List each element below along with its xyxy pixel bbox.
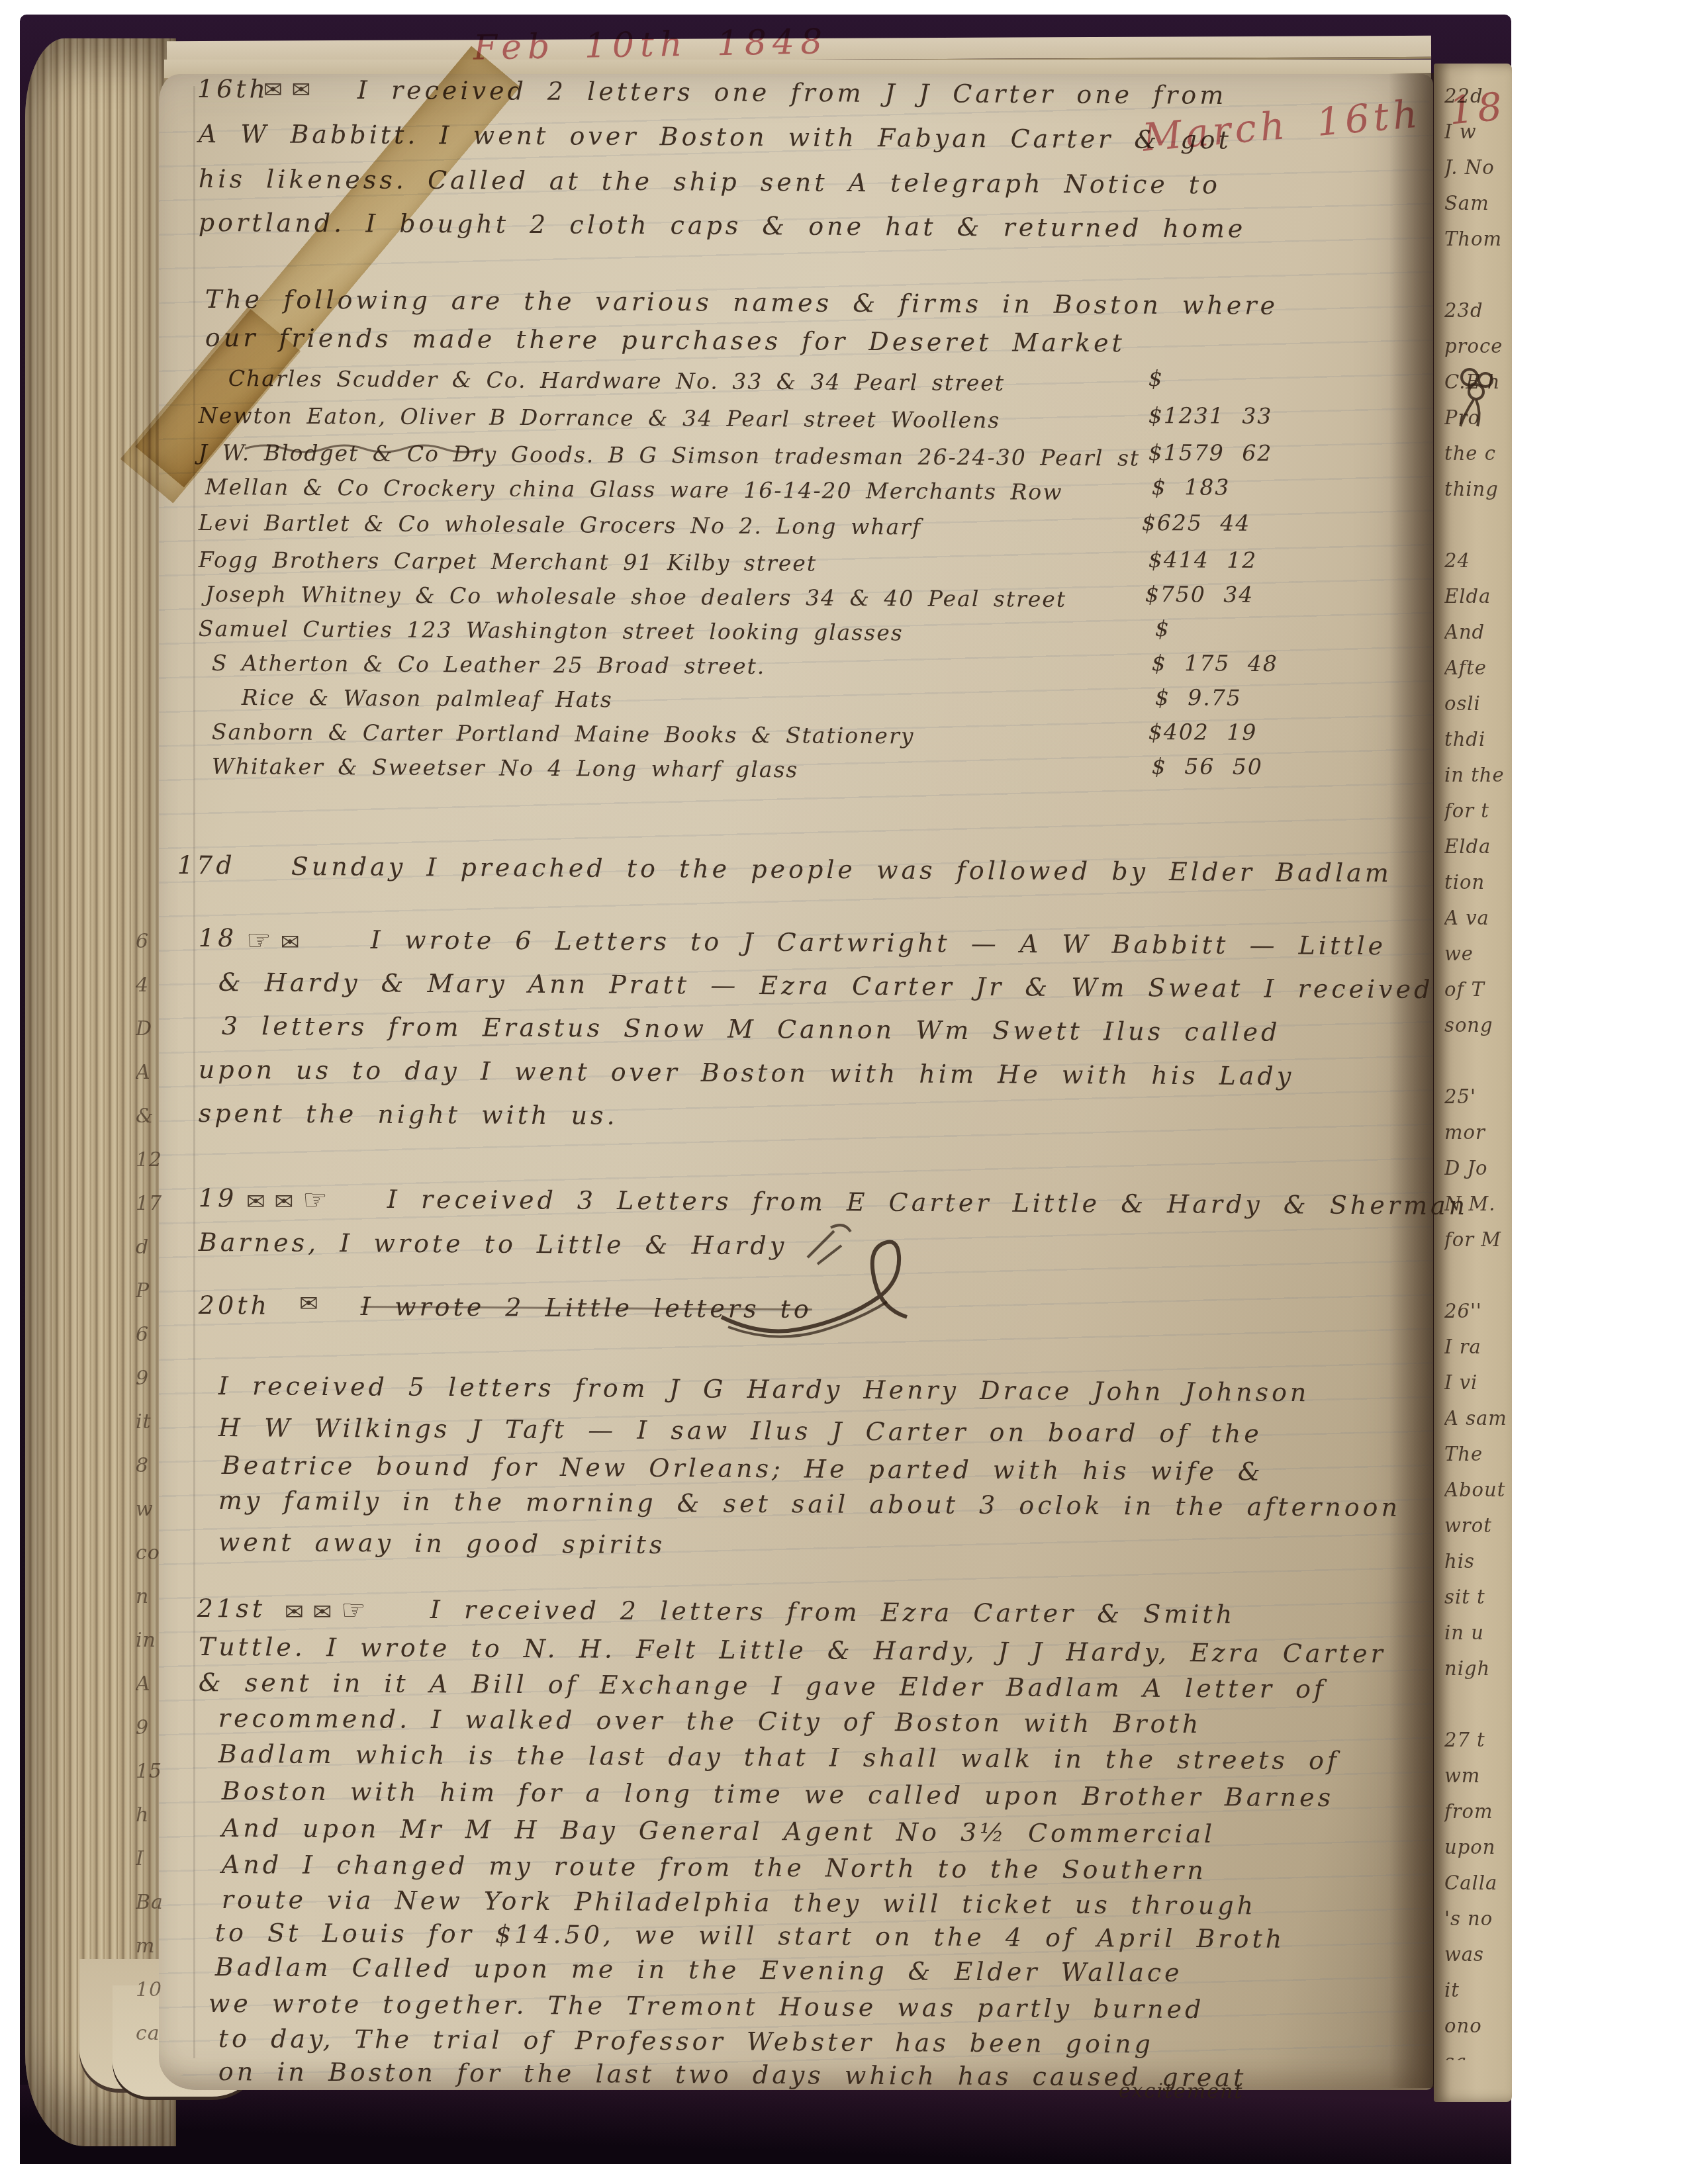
entry-18-line: I wrote 6 Letters to J Cartwright — A W …	[371, 925, 1387, 960]
letter-icon: ✉	[281, 929, 300, 956]
letter-icon: ✉	[246, 1189, 265, 1215]
scanned-journal-page: { "colors":{ "paper":"#d2c5ab","ink":"#2…	[0, 0, 1688, 2184]
entry-21-line: And upon Mr M H Bay General Agent No 3½ …	[222, 1813, 1215, 1848]
ledger-row-amount: $	[1155, 615, 1170, 641]
intro-line: our friends made there purchases for Des…	[205, 323, 1125, 357]
pointing-hand-icon: ☞	[246, 924, 271, 956]
letter-icon: ✉	[299, 1291, 318, 1317]
pointing-hand-icon: ☞	[303, 1183, 328, 1216]
entry-21-day: 21st	[197, 1594, 265, 1623]
letter-icon: ✉	[313, 1599, 332, 1625]
ledger-row-amount: $625 44	[1142, 510, 1251, 536]
ledger-row-name: Fogg Brothers Carpet Merchant 91 Kilby s…	[199, 547, 817, 576]
entry-20-symbols: ✉	[299, 1291, 328, 1317]
ledger-row-name: Levi Bartlet & Co wholesale Grocers No 2…	[199, 510, 921, 540]
ledger-row-amount: $414 12	[1149, 547, 1258, 573]
entry-21-line: recommend. I walked over the City of Bos…	[218, 1704, 1202, 1739]
entry-20b-line: went away in good spirits	[218, 1527, 666, 1559]
entry-18-day: 18	[199, 923, 238, 952]
gutter-shadow	[1389, 73, 1435, 2088]
ledger-row-name: Mellan & Co Crockery china Glass ware 16…	[205, 474, 1063, 505]
entry-16-day: 16th	[197, 74, 269, 104]
entry-21-line: And I changed my route from the North to…	[222, 1850, 1207, 1885]
entry-21-line: I received 2 letters from Ezra Carter & …	[430, 1595, 1236, 1629]
ledger-row-name: Whitaker & Sweetser No 4 Long wharf glas…	[212, 753, 799, 782]
underline-flourish	[244, 442, 495, 454]
entry-18-line: spent the night with us.	[199, 1099, 618, 1130]
flower-doodle	[1447, 363, 1508, 435]
entry-21-symbols: ✉✉☞	[285, 1594, 375, 1626]
ledger-row-amount: $1579 62	[1149, 439, 1273, 466]
pointing-hand-icon: ☞	[341, 1594, 366, 1626]
entry-19-symbols: ✉✉☞	[246, 1183, 337, 1216]
entry-21-line: we wrote together. The Tremont House was…	[209, 1989, 1205, 2024]
entry-21-line: to day, The trial of Professor Webster h…	[218, 2024, 1154, 2059]
ledger-row-name: Sanborn & Carter Portland Maine Books & …	[212, 719, 915, 749]
ledger-row-amount: $ 183	[1152, 474, 1231, 500]
left-margin-fragments: 6 4 D A & 12 17 d P 6 9 it 8 w co n in A…	[136, 920, 182, 2071]
ledger-row-name: S Atherton & Co Leather 25 Broad street.	[212, 650, 766, 679]
ledger-row-name: Rice & Wason palmleaf Hats	[242, 684, 613, 712]
entry-20-day: 20th	[199, 1291, 270, 1320]
scribble-doodle	[708, 1218, 947, 1350]
ledger-row-name: Charles Scudder & Co. Hardware No. 33 & …	[228, 365, 1006, 396]
ledger-row-name: Samuel Curties 123 Washington street loo…	[199, 615, 904, 646]
entry-16-symbols: ✉✉	[263, 77, 320, 103]
ledger-row-name: Joseph Whitney & Co wholesale shoe deale…	[205, 581, 1066, 612]
entry-18-symbols: ☞✉	[246, 924, 308, 956]
ledger-row-name: Newton Eaton, Oliver B Dorrance & 34 Pea…	[199, 402, 1001, 433]
letter-icon: ✉	[263, 77, 283, 103]
letter-icon: ✉	[292, 77, 311, 103]
letter-icon: ✉	[275, 1189, 294, 1215]
entry-19-day: 19	[199, 1183, 238, 1212]
entry-21-line: Badlam Called upon me in the Evening & E…	[215, 1952, 1183, 1987]
book-cover-bottom	[20, 2085, 1511, 2164]
ledger-row-amount: $	[1149, 365, 1164, 391]
letter-icon: ✉	[285, 1599, 304, 1625]
ledger-row-amount: $402 19	[1149, 719, 1258, 745]
entry-21-closing-word: excitement	[1119, 2079, 1244, 2103]
red-edge-date-note: Feb 10th 1848	[473, 22, 829, 68]
entry-19-line: Barnes, I wrote to Little & Hardy	[199, 1228, 788, 1260]
ledger-row-amount: $ 175 48	[1152, 650, 1278, 676]
ledger-row-amount: $ 9.75	[1155, 684, 1242, 711]
ledger-row-amount: $ 56 50	[1152, 753, 1263, 780]
entry-17-day: 17d	[177, 850, 236, 880]
ledger-row-amount: $750 34	[1145, 581, 1254, 608]
ledger-row-amount: $1231 33	[1149, 402, 1273, 429]
